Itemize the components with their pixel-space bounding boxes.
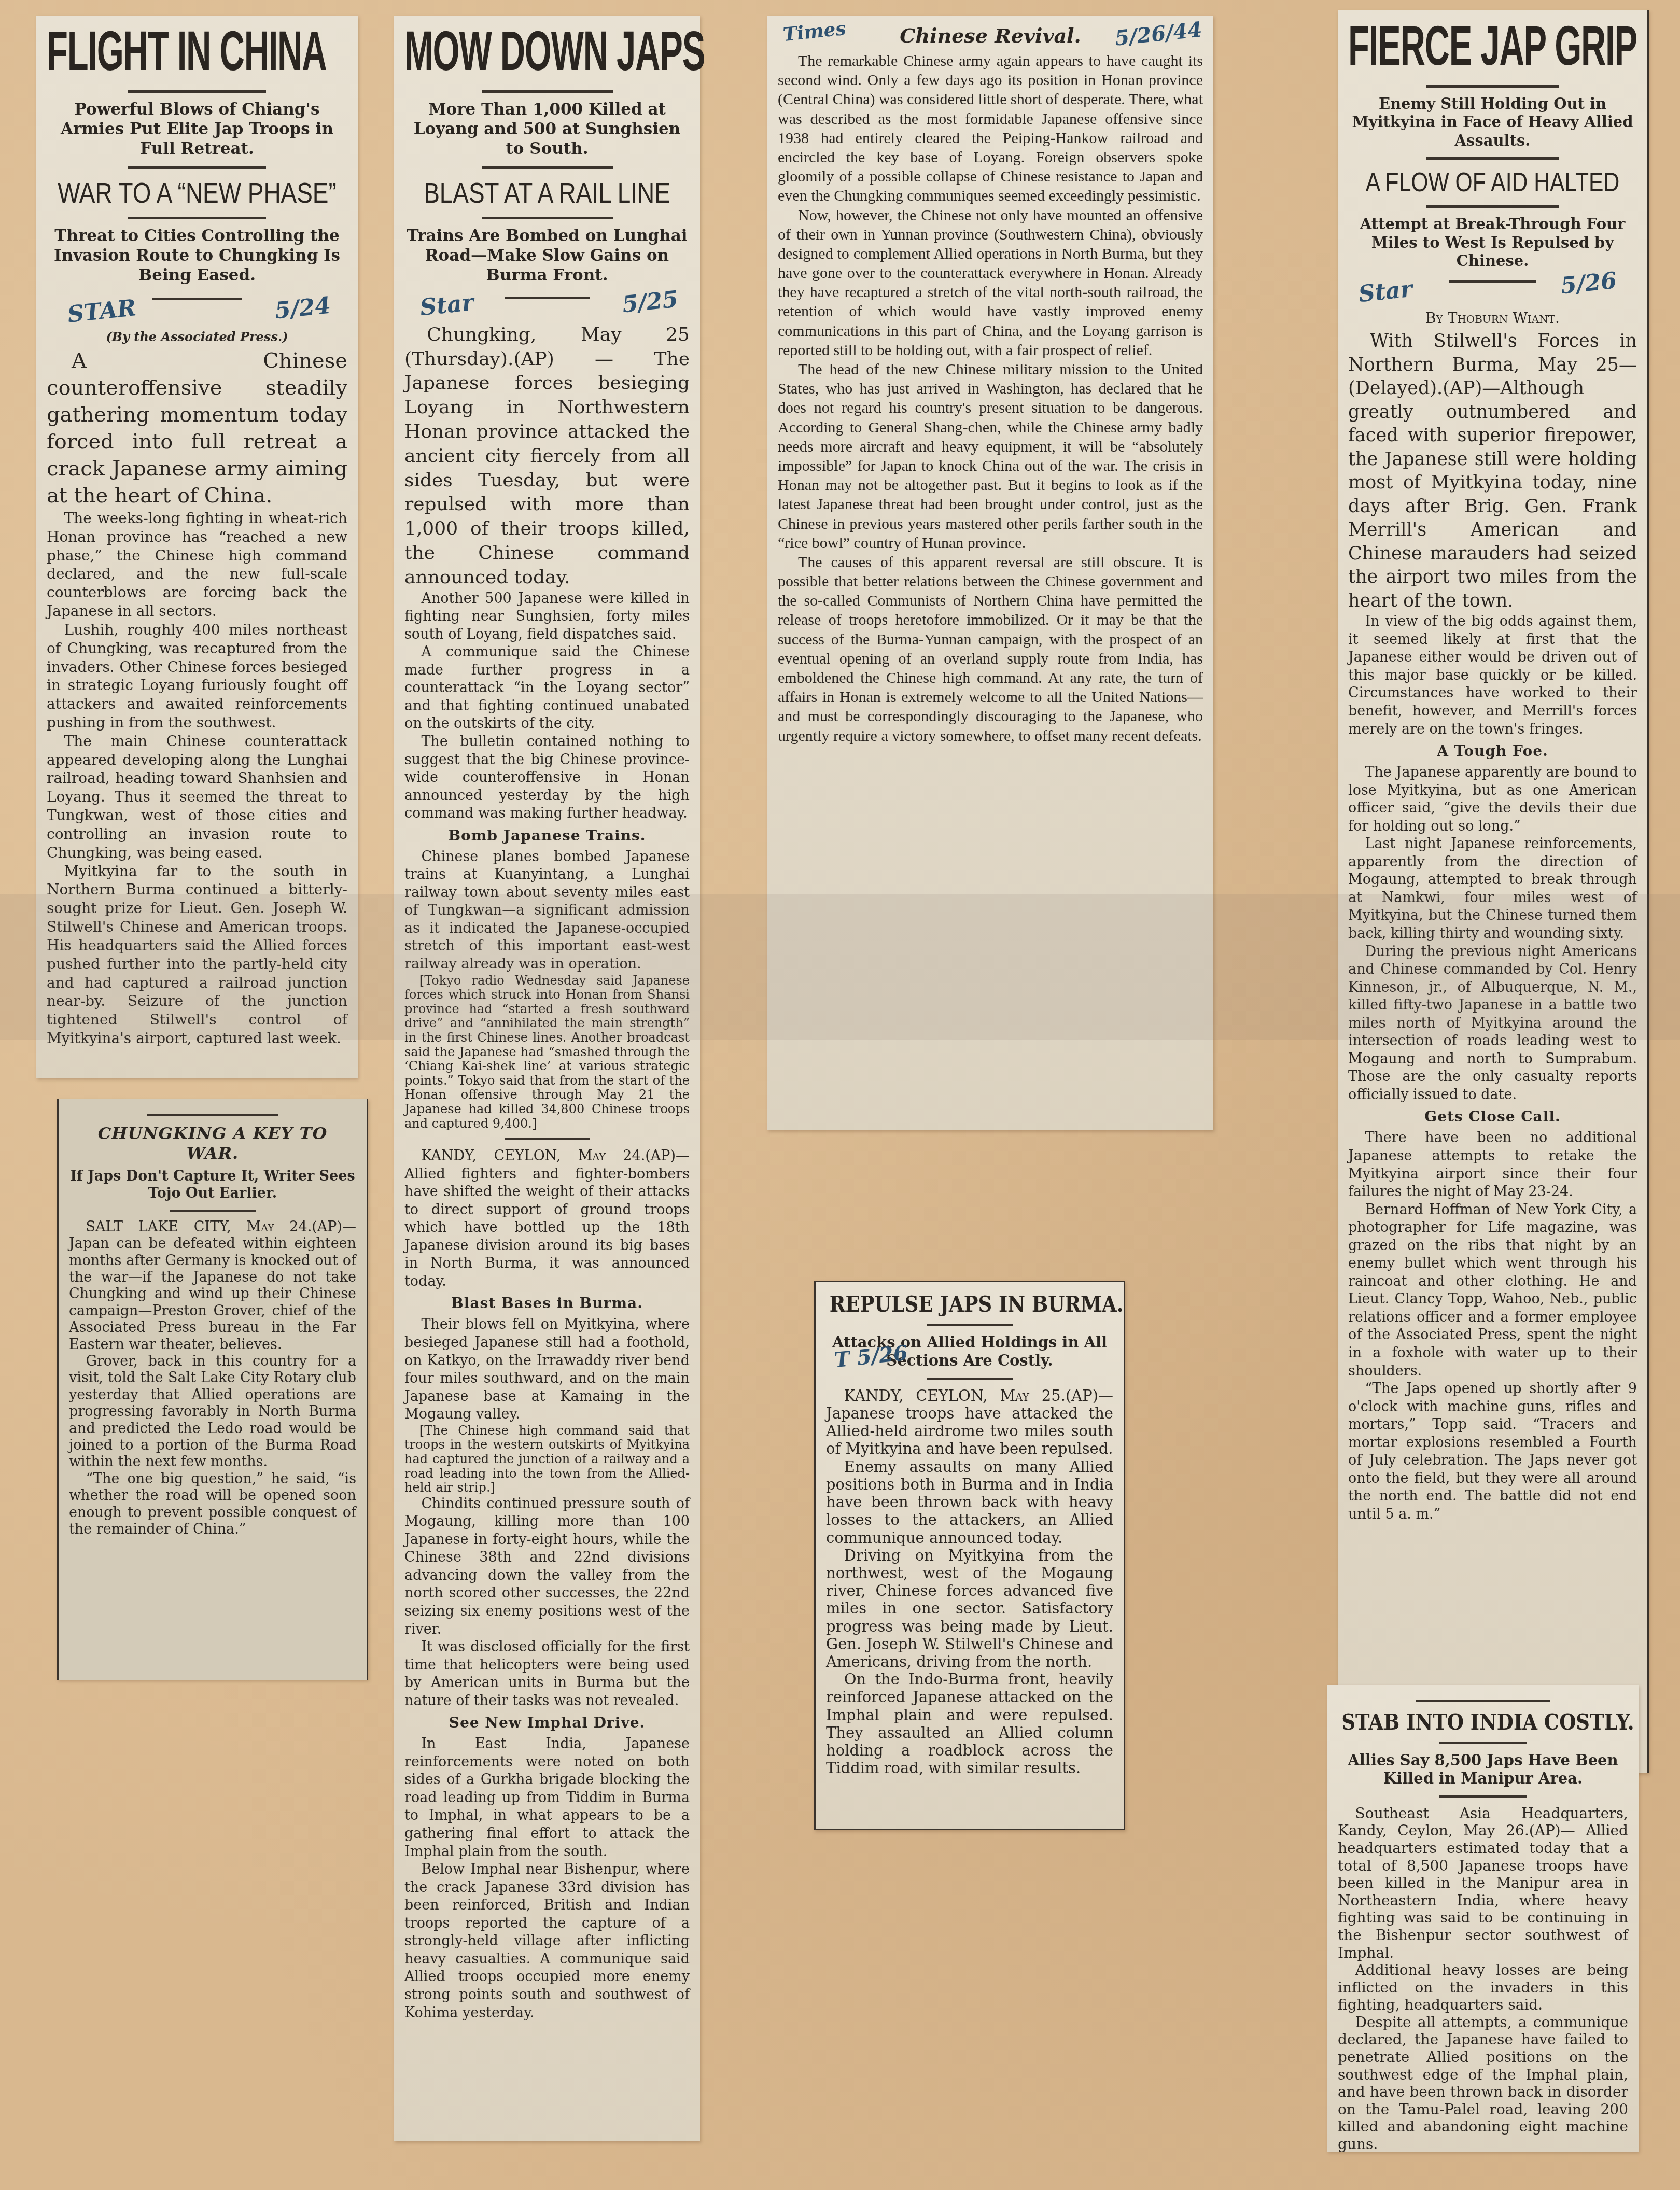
dateline: KANDY, CEYLON, May 24.(AP)— xyxy=(421,1148,690,1164)
headline: MOW DOWN JAPS xyxy=(404,23,688,79)
editorial-body: The remarkable Chinese army again appear… xyxy=(778,51,1203,746)
clipping-mow-down-japs: MOW DOWN JAPS More Than 1,000 Killed at … xyxy=(394,16,700,2141)
handwritten-date: 5/24 xyxy=(274,292,332,324)
article-body: Another 500 Japanese were killed in figh… xyxy=(404,590,690,823)
divider xyxy=(1426,205,1559,208)
byline: By Thoburn Wiant. xyxy=(1348,310,1637,327)
clipping-chinese-revival: Times Chinese Revival. 5/26/44 The remar… xyxy=(767,16,1213,1130)
divider xyxy=(1426,157,1559,160)
divider xyxy=(505,1138,590,1140)
clipping-repulse-japs: REPULSE JAPS IN BURMA. Attacks on Allied… xyxy=(814,1281,1125,1830)
deck: More Than 1,000 Killed at Loyang and 500… xyxy=(404,100,690,159)
lead-paragraph: With Stilwell's Forces in Northern Burma… xyxy=(1348,330,1637,613)
divider xyxy=(482,166,613,169)
divider xyxy=(927,1324,1013,1326)
section-headline: Blast Bases in Burma. xyxy=(404,1295,690,1312)
lead-paragraph: Chungking, May 25 (Thursday).(AP) — The … xyxy=(404,323,690,590)
divider xyxy=(482,217,613,219)
deck: Powerful Blows of Chiang's Armies Put El… xyxy=(47,100,347,159)
divider xyxy=(128,90,267,93)
deck: Enemy Still Holding Out in Myitkyina in … xyxy=(1348,95,1637,150)
subheadline: WAR TO A “NEW PHASE” xyxy=(57,176,337,209)
divider xyxy=(1449,280,1536,283)
bracketed-note: [The Chinese high command said that troo… xyxy=(404,1424,690,1495)
divider xyxy=(1439,1795,1527,1798)
divider xyxy=(482,90,613,93)
deck: Attempt at Break-Through Four Miles to W… xyxy=(1348,215,1637,270)
section-body: The Japanese apparently are bound to los… xyxy=(1348,764,1637,1104)
deck: Threat to Cities Controlling the Invasio… xyxy=(47,227,347,285)
bracketed-note: [Tokyo radio Wednesday said Japanese for… xyxy=(404,974,690,1131)
deck: Allies Say 8,500 Japs Have Been Killed i… xyxy=(1338,1751,1628,1788)
divider xyxy=(128,166,267,169)
divider xyxy=(505,297,590,299)
divider xyxy=(147,1114,279,1116)
clipping-fierce-jap-grip: FIERCE JAP GRIP Enemy Still Holding Out … xyxy=(1338,10,1649,1773)
divider xyxy=(152,298,242,300)
section-body: KANDY, CEYLON, May 24.(AP)— Allied fight… xyxy=(404,1147,690,1290)
lead-paragraph: A Chinese counteroffensive steadily gath… xyxy=(47,347,347,509)
divider xyxy=(1426,85,1559,88)
clipping-stab-into-india: STAB INTO INDIA COSTLY. Allies Say 8,500… xyxy=(1327,1685,1639,2152)
subheadline: BLAST AT A RAIL LINE xyxy=(413,176,681,209)
section-body: There have been no additional Japanese a… xyxy=(1348,1129,1637,1523)
clipping-chungking-key: CHUNGKING A KEY TO WAR. If Japs Don't Ca… xyxy=(57,1099,368,1680)
handwritten-date: 5/26 xyxy=(1560,268,1618,300)
divider xyxy=(170,1210,256,1212)
dateline: Southeast Asia Headquarters, Kandy, Ceyl… xyxy=(1338,1805,1628,1840)
article-body: The weeks-long fighting in wheat-rich Ho… xyxy=(47,509,347,1048)
headline: FLIGHT IN CHINA xyxy=(47,23,345,79)
handwritten-source: Star xyxy=(419,289,475,321)
subheadline: A FLOW OF AID HALTED xyxy=(1357,167,1628,198)
section-headline: Gets Close Call. xyxy=(1348,1108,1637,1125)
section-body: Their blows fell on Myitkyina, where bes… xyxy=(404,1316,690,1423)
section-body: In East India, Japanese reinforcements w… xyxy=(404,1735,690,2022)
handwritten-date: 5/25 xyxy=(621,286,680,318)
section-body: Chinese planes bombed Japanese trains at… xyxy=(404,848,690,974)
handwritten-source: Star xyxy=(1357,276,1414,308)
section-headline: See New Imphal Drive. xyxy=(404,1714,690,1731)
headline: REPULSE JAPS IN BURMA. xyxy=(830,1291,1110,1317)
dateline: SALT LAKE CITY, May 24.(AP)— xyxy=(86,1219,356,1235)
dateline: KANDY, CEYLON, May 25.(AP)— xyxy=(844,1387,1113,1405)
clipping-flight-in-china: FLIGHT IN CHINA Powerful Blows of Chiang… xyxy=(36,16,358,1078)
divider xyxy=(1439,1742,1527,1744)
headline: STAB INTO INDIA COSTLY. xyxy=(1341,1709,1625,1735)
section-headline: A Tough Foe. xyxy=(1348,742,1637,760)
wire-credit: (By the Associated Press.) xyxy=(47,329,347,344)
article-body: In view of the big odds against them, it… xyxy=(1348,613,1637,738)
section-headline: CHUNGKING A KEY TO WAR. xyxy=(69,1124,356,1163)
article-body: Southeast Asia Headquarters, Kandy, Ceyl… xyxy=(1338,1805,1628,2153)
section-deck: If Japs Don't Capture It, Writer Sees To… xyxy=(69,1168,356,1202)
handwritten-source: STAR xyxy=(66,294,137,328)
deck: Trains Are Bombed on Lunghai Road—Make S… xyxy=(404,227,690,285)
headline: FIERCE JAP GRIP xyxy=(1348,18,1635,74)
article-body: KANDY, CEYLON, May 25.(AP)— Japanese tro… xyxy=(826,1387,1113,1777)
divider xyxy=(927,1378,1013,1380)
section-body: SALT LAKE CITY, May 24.(AP)— Japan can b… xyxy=(69,1219,356,1538)
section-body: Chindits continued pressure south of Mog… xyxy=(404,1495,690,1710)
divider xyxy=(1416,1700,1550,1702)
divider xyxy=(128,217,267,219)
section-headline: Bomb Japanese Trains. xyxy=(404,827,690,844)
